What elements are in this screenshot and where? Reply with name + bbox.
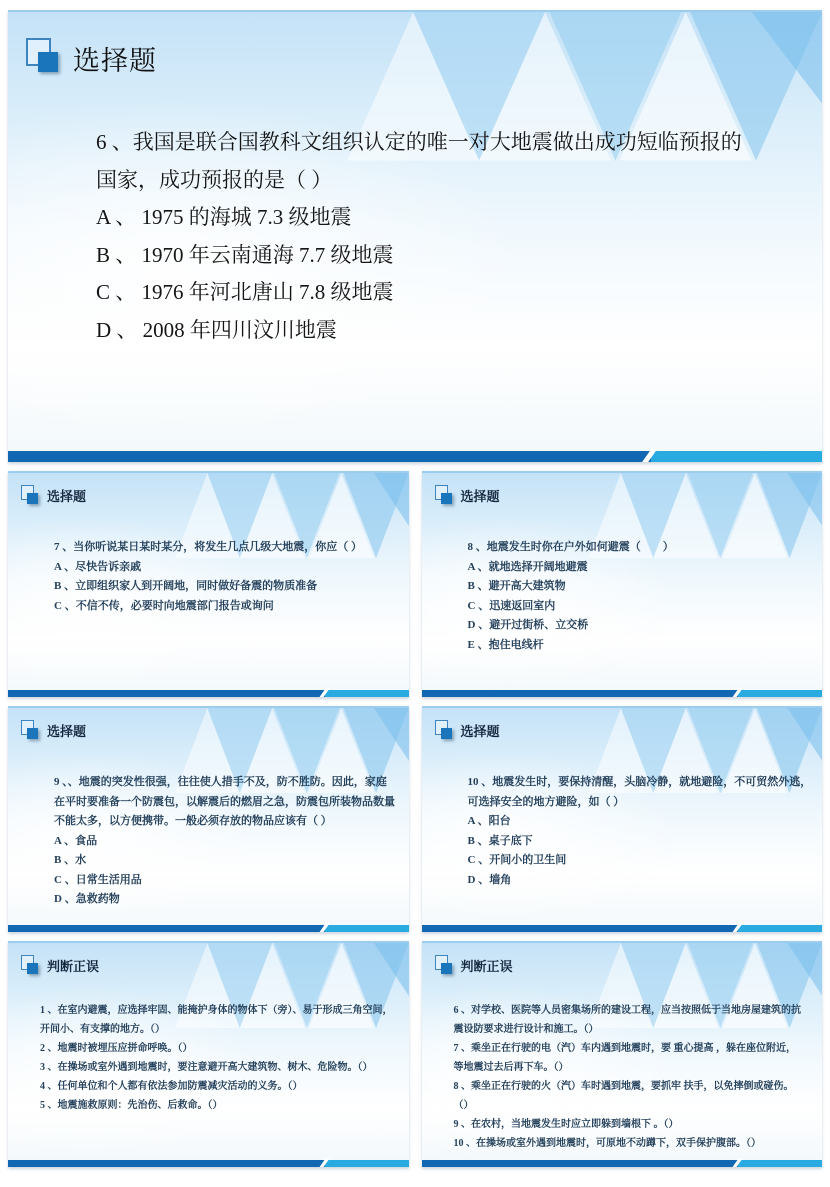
- slide-title: 选择题: [47, 721, 86, 740]
- footer-bar-slash: [641, 449, 658, 462]
- text-line: C 、日常生活用品: [54, 871, 403, 891]
- title-marker-icon: [26, 38, 62, 78]
- text-line: 5 、地震施救原则：先治伤、后救命。（）: [40, 1096, 403, 1115]
- text-line: 10 、在操场或室外遇到地震时，可原地不动蹲下，双手保护腹部。（）: [454, 1134, 817, 1153]
- text-line: C 、 1976 年河北唐山 7.8 级地震: [96, 274, 802, 312]
- slide-judge-6-10: 判断正误 6 、对学校、医院等人员密集场所的建设工程，应当按照低于当地房屋建筑的…: [422, 941, 823, 1167]
- text-line: A 、尽快告诉亲戚: [54, 558, 403, 578]
- text-line: D 、避开过街桥、立交桥: [468, 616, 817, 636]
- slide-header: 判断正误: [8, 943, 409, 976]
- footer-accent-bar: [8, 451, 822, 462]
- text-line: D 、墙角: [468, 871, 817, 891]
- text-line: 9 、、地震的突发性很强，往往使人措手不及，防不胜防。因此，家庭: [54, 773, 403, 793]
- slide-body: 6 、对学校、医院等人员密集场所的建设工程，应当按照低于当地房屋建筑的抗 震设防…: [454, 1001, 817, 1153]
- text-line: 9 、在农村，当地震发生时应立即躲到墙根下 。（）: [454, 1115, 817, 1134]
- footer-accent-bar: [8, 1160, 409, 1167]
- text-line: 在平时要准备一个防震包，以解震后的燃眉之急，防震包所装物品数量: [54, 793, 403, 813]
- slide-choice-10: 选择题 10 、地震发生时，要保持清醒，头脑冷静，就地避险，不可贸然外逃， 可选…: [422, 706, 823, 932]
- footer-bar-slash: [732, 923, 744, 932]
- slide-choice-7: 选择题 7 、当你听说某日某时某分，将发生几点几级大地震，你应（ ） A 、尽快…: [8, 471, 409, 697]
- slide-header: 选择题: [422, 473, 823, 506]
- text-line: E 、抱住电线杆: [468, 636, 817, 656]
- slide-header: 判断正误: [422, 943, 823, 976]
- slide-body: 8 、地震发生时你在户外如何避震（ ） A 、就地选择开阔地避震 B 、避开高大…: [468, 538, 817, 655]
- slide-header: 选择题: [8, 473, 409, 506]
- text-line: C 、迅速返回室内: [468, 597, 817, 617]
- text-line: 7 、乘坐正在行驶的电（汽）车内遇到地震时，要 重心提高 ，躲在座位附近，: [454, 1039, 817, 1058]
- slide-body: 6 、我国是联合国教科文组织认定的唯一对大地震做出成功短临预报的 国家，成功预报…: [96, 124, 802, 349]
- text-line: 不能太多，以方便携带。一般必须存放的物品应该有（ ）: [54, 812, 403, 832]
- slide-header: 选择题: [422, 708, 823, 741]
- slide-title: 选择题: [73, 39, 157, 78]
- footer-bar-slash: [732, 1158, 744, 1167]
- text-line: 10 、地震发生时，要保持清醒，头脑冷静，就地避险，不可贸然外逃，: [468, 773, 817, 793]
- title-marker-icon: [435, 720, 454, 741]
- text-line: B 、 1970 年云南通海 7.7 级地震: [96, 237, 802, 275]
- text-line: 8 、乘坐正在行驶的火（汽）车时遇到地震，要抓牢 扶手，以免摔倒或碰伤。: [454, 1077, 817, 1096]
- text-line: A 、就地选择开阔地避震: [468, 558, 817, 578]
- slide-body: 9 、、地震的突发性很强，往往使人措手不及，防不胜防。因此，家庭 在平时要准备一…: [54, 773, 403, 910]
- footer-accent-bar: [422, 1160, 823, 1167]
- footer-bar-slash: [318, 1158, 330, 1167]
- title-marker-icon: [435, 955, 454, 976]
- text-line: 开间小、有支撑的地方。（）: [40, 1020, 403, 1039]
- slide-title: 判断正误: [47, 956, 99, 975]
- slide-title: 判断正误: [461, 956, 513, 975]
- text-line: 可选择安全的地方避险，如（ ）: [468, 793, 817, 813]
- slide-header: 选择题: [8, 708, 409, 741]
- slide-body: 10 、地震发生时，要保持清醒，头脑冷静，就地避险，不可贸然外逃， 可选择安全的…: [468, 773, 817, 890]
- slide-header: 选择题: [8, 12, 822, 78]
- text-line: B 、避开高大建筑物: [468, 577, 817, 597]
- text-line: D 、急救药物: [54, 890, 403, 910]
- text-line: 6 、我国是联合国教科文组织认定的唯一对大地震做出成功短临预报的: [96, 124, 802, 162]
- text-line: 4 、任何单位和个人都有依法参加防震减灾活动的义务。（）: [40, 1077, 403, 1096]
- text-line: B 、立即组织家人到开阔地，同时做好备震的物质准备: [54, 577, 403, 597]
- text-line: 8 、地震发生时你在户外如何避震（ ）: [468, 538, 817, 558]
- text-line: C 、不信不传，必要时向地震部门报告或询问: [54, 597, 403, 617]
- slide-body: 7 、当你听说某日某时某分，将发生几点几级大地震，你应（ ） A 、尽快告诉亲戚…: [54, 538, 403, 616]
- text-line: A 、阳台: [468, 812, 817, 832]
- text-line: B 、水: [54, 851, 403, 871]
- footer-bar-slash: [318, 688, 330, 697]
- slide-choice-6: 选择题 6 、我国是联合国教科文组织认定的唯一对大地震做出成功短临预报的 国家，…: [8, 10, 822, 462]
- footer-bar-slash: [318, 923, 330, 932]
- slide-judge-1-5: 判断正误 1 、在室内避震，应选择牢固、能掩护身体的物体下（旁）、易于形成三角空…: [8, 941, 409, 1167]
- slide-title: 选择题: [47, 486, 86, 505]
- slide-choice-8: 选择题 8 、地震发生时你在户外如何避震（ ） A 、就地选择开阔地避震 B 、…: [422, 471, 823, 697]
- slide-title: 选择题: [461, 486, 500, 505]
- text-line: A 、食品: [54, 832, 403, 852]
- text-line: （）: [454, 1096, 817, 1115]
- footer-accent-bar: [422, 925, 823, 932]
- title-marker-icon: [435, 485, 454, 506]
- title-marker-icon: [21, 485, 40, 506]
- slide-choice-9: 选择题 9 、、地震的突发性很强，往往使人措手不及，防不胜防。因此，家庭 在平时…: [8, 706, 409, 932]
- footer-accent-bar: [8, 925, 409, 932]
- text-line: 2 、地震时被埋压应拼命呼唤。（）: [40, 1039, 403, 1058]
- title-marker-icon: [21, 955, 40, 976]
- text-line: 3 、在操场或室外遇到地震时，要注意避开高大建筑物、树木、危险物。（）: [40, 1058, 403, 1077]
- title-marker-icon: [21, 720, 40, 741]
- slides-grid: 选择题 7 、当你听说某日某时某分，将发生几点几级大地震，你应（ ） A 、尽快…: [8, 471, 822, 1167]
- text-line: D 、 2008 年四川汶川地震: [96, 312, 802, 350]
- footer-accent-bar: [8, 690, 409, 697]
- text-line: 震设防要求进行设计和施工。（）: [454, 1020, 817, 1039]
- footer-accent-bar: [422, 690, 823, 697]
- text-line: 6 、对学校、医院等人员密集场所的建设工程，应当按照低于当地房屋建筑的抗: [454, 1001, 817, 1020]
- text-line: B 、桌子底下: [468, 832, 817, 852]
- text-line: C 、开间小的卫生间: [468, 851, 817, 871]
- text-line: A 、 1975 的海城 7.3 级地震: [96, 199, 802, 237]
- slides-handout-page: 选择题 6 、我国是联合国教科文组织认定的唯一对大地震做出成功短临预报的 国家，…: [0, 0, 830, 1187]
- slide-title: 选择题: [461, 721, 500, 740]
- text-line: 1 、在室内避震，应选择牢固、能掩护身体的物体下（旁）、易于形成三角空间，: [40, 1001, 403, 1020]
- text-line: 等地震过去后再下车。（）: [454, 1058, 817, 1077]
- text-line: 7 、当你听说某日某时某分，将发生几点几级大地震，你应（ ）: [54, 538, 403, 558]
- text-line: 国家，成功预报的是（ ）: [96, 162, 802, 200]
- footer-bar-slash: [732, 688, 744, 697]
- slide-body: 1 、在室内避震，应选择牢固、能掩护身体的物体下（旁）、易于形成三角空间， 开间…: [40, 1001, 403, 1115]
